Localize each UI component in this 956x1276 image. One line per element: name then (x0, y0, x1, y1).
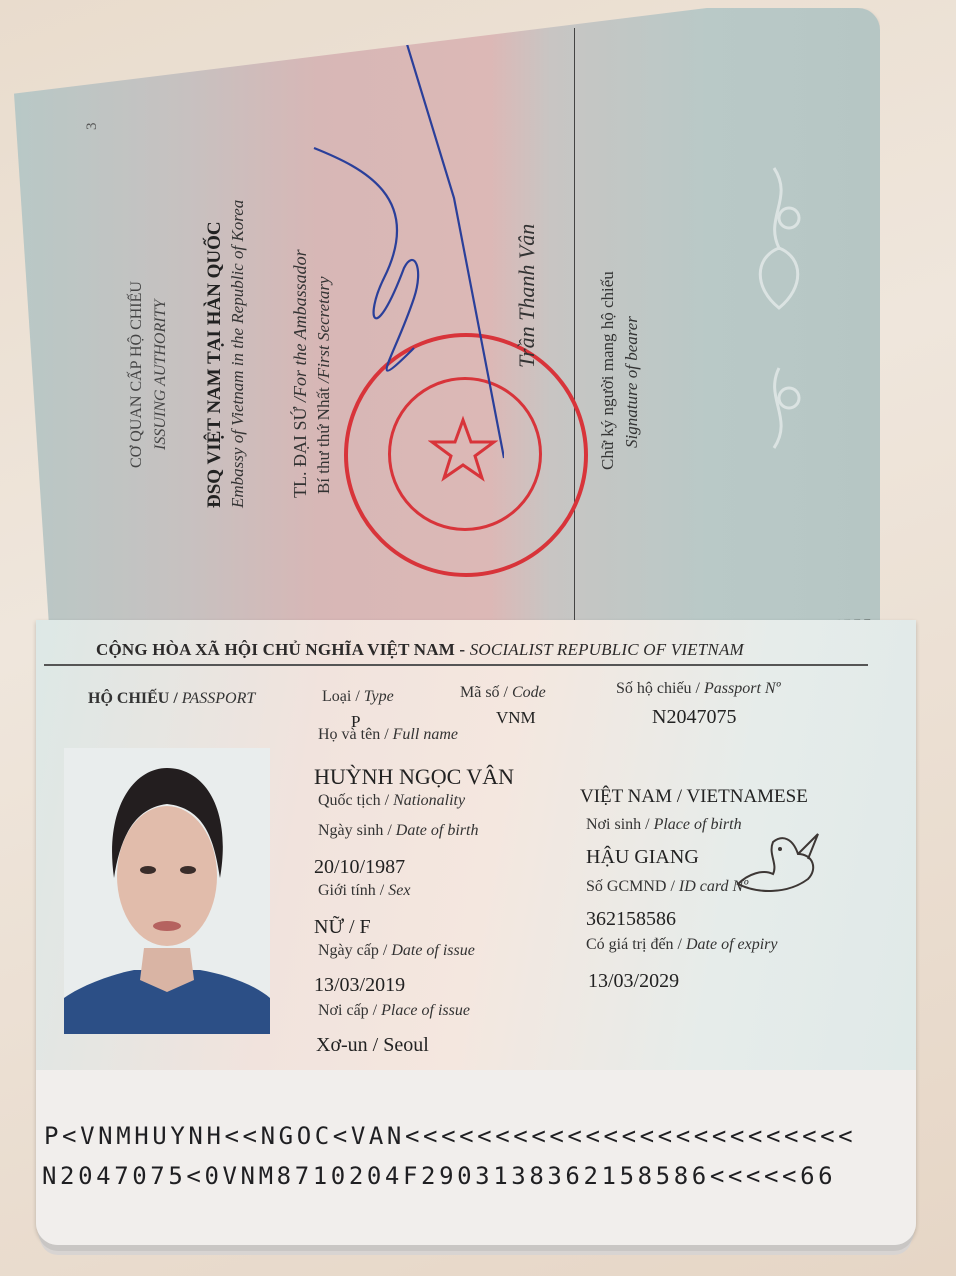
place-of-issue-label: Nơi cấp / Place of issue (318, 1002, 470, 1020)
type-label-vi: Loại / (322, 688, 364, 705)
nationality-label-vi: Quốc tịch / (318, 792, 393, 809)
passport-bio-page: CỘNG HÒA XÃ HỘI CHỦ NGHĨA VIỆT NAM - SOC… (36, 620, 916, 1245)
nationality-label: Quốc tịch / Nationality (318, 792, 465, 810)
type-label: Loại / Type (322, 688, 394, 706)
signature-divider-line (574, 28, 575, 628)
issuing-authority-label-vi: CƠ QUAN CẤP HỘ CHIẾU (128, 281, 146, 468)
sex-value: NỮ / F (314, 916, 371, 939)
lotus-ornament-icon (734, 158, 824, 458)
date-of-issue-value: 13/03/2019 (314, 974, 405, 997)
issuing-authority-label-en: ISSUING AUTHORITY (152, 300, 170, 450)
date-of-birth-label: Ngày sinh / Date of birth (318, 822, 478, 840)
mrz-line-2: N2047075<0VNM8710204F2903138362158586<<<… (42, 1162, 836, 1190)
place-of-issue-label-vi: Nơi cấp / (318, 1002, 381, 1019)
portrait-photo (64, 748, 270, 1034)
date-of-expiry-label: Có giá trị đến / Date of expiry (586, 936, 778, 954)
machine-readable-zone: P<VNMHUYNH<<NGOC<VAN<<<<<<<<<<<<<<<<<<<<… (36, 1070, 916, 1245)
header-rule (44, 664, 868, 666)
sex-label-vi: Giới tính / (318, 882, 388, 899)
bearer-signature-label-en: Signature of bearer (622, 316, 642, 448)
sex-label: Giới tính / Sex (318, 882, 410, 900)
issuing-authority-page: 3 CƠ QUAN CẤP HỘ CHIẾU ISSUING AUTHORITY… (14, 8, 880, 620)
embassy-name-en: Embassy of Vietnam in the Republic of Ko… (228, 200, 248, 508)
page-number: 3 (84, 123, 101, 131)
place-of-issue-value: Xơ-un / Seoul (316, 1034, 429, 1057)
place-of-birth-value: HẬU GIANG (586, 846, 699, 869)
signer-name: Trần Thanh Vân (514, 224, 540, 368)
date-of-birth-value: 20/10/1987 (314, 856, 405, 879)
date-of-expiry-value: 13/03/2029 (588, 970, 679, 993)
passport-number-label-en: Passport Nº (704, 680, 781, 697)
id-card-value: 362158586 (586, 908, 676, 931)
mrz-line-1: P<VNMHUYNH<<NGOC<VAN<<<<<<<<<<<<<<<<<<<<… (44, 1122, 856, 1150)
id-card-label: Số GCMND / ID card Nº (586, 878, 748, 896)
handwritten-signature (304, 18, 504, 518)
nationality-value: VIỆT NAM / VIETNAMESE (580, 786, 808, 808)
document-label-vi: HỘ CHIẾU / (88, 690, 182, 707)
code-label-vi: Mã số / (460, 684, 512, 701)
date-of-birth-label-en: Date of birth (396, 822, 479, 839)
type-label-en: Type (364, 688, 394, 705)
full-name-label-vi: Họ và tên / (318, 726, 393, 743)
date-of-birth-label-vi: Ngày sinh / (318, 822, 396, 839)
bearer-signature-label-vi: Chữ ký người mang hộ chiếu (598, 271, 618, 470)
full-name-label: Họ và tên / Full name (318, 726, 458, 744)
date-of-expiry-label-en: Date of expiry (686, 936, 778, 953)
date-of-issue-label-en: Date of issue (391, 942, 475, 959)
date-of-issue-label: Ngày cấp / Date of issue (318, 942, 475, 960)
sex-label-en: Sex (388, 882, 410, 899)
portrait-photo-icon (64, 748, 270, 1034)
dove-emblem-icon (728, 824, 828, 904)
passport-number-value: N2047075 (652, 706, 736, 729)
code-label: Mã số / Code (460, 684, 546, 702)
country-header-vi: CỘNG HÒA XÃ HỘI CHỦ NGHĨA VIỆT NAM - (96, 640, 470, 659)
embassy-name-vi: ĐSQ VIỆT NAM TẠI HÀN QUỐC (204, 221, 226, 508)
place-of-birth-label-vi: Nơi sinh / (586, 816, 654, 833)
code-label-en: Code (512, 684, 546, 701)
document-label: HỘ CHIẾU / PASSPORT (88, 690, 255, 708)
full-name-label-en: Full name (393, 726, 458, 743)
nationality-label-en: Nationality (393, 792, 465, 809)
country-header-en: SOCIALIST REPUBLIC OF VIETNAM (470, 640, 744, 659)
passport-number-label-vi: Số hộ chiếu / (616, 680, 704, 697)
date-of-expiry-label-vi: Có giá trị đến / (586, 936, 686, 953)
id-card-label-vi: Số GCMND / (586, 878, 679, 895)
place-of-birth-label: Nơi sinh / Place of birth (586, 816, 742, 834)
full-name-value: HUỲNH NGỌC VÂN (314, 764, 514, 790)
place-of-issue-label-en: Place of issue (381, 1002, 470, 1019)
date-of-issue-label-vi: Ngày cấp / (318, 942, 391, 959)
document-label-en: PASSPORT (182, 690, 255, 707)
passport-number-label: Số hộ chiếu / Passport Nº (616, 680, 781, 698)
code-value: VNM (496, 708, 536, 728)
country-header: CỘNG HÒA XÃ HỘI CHỦ NGHĨA VIỆT NAM - SOC… (96, 640, 744, 660)
